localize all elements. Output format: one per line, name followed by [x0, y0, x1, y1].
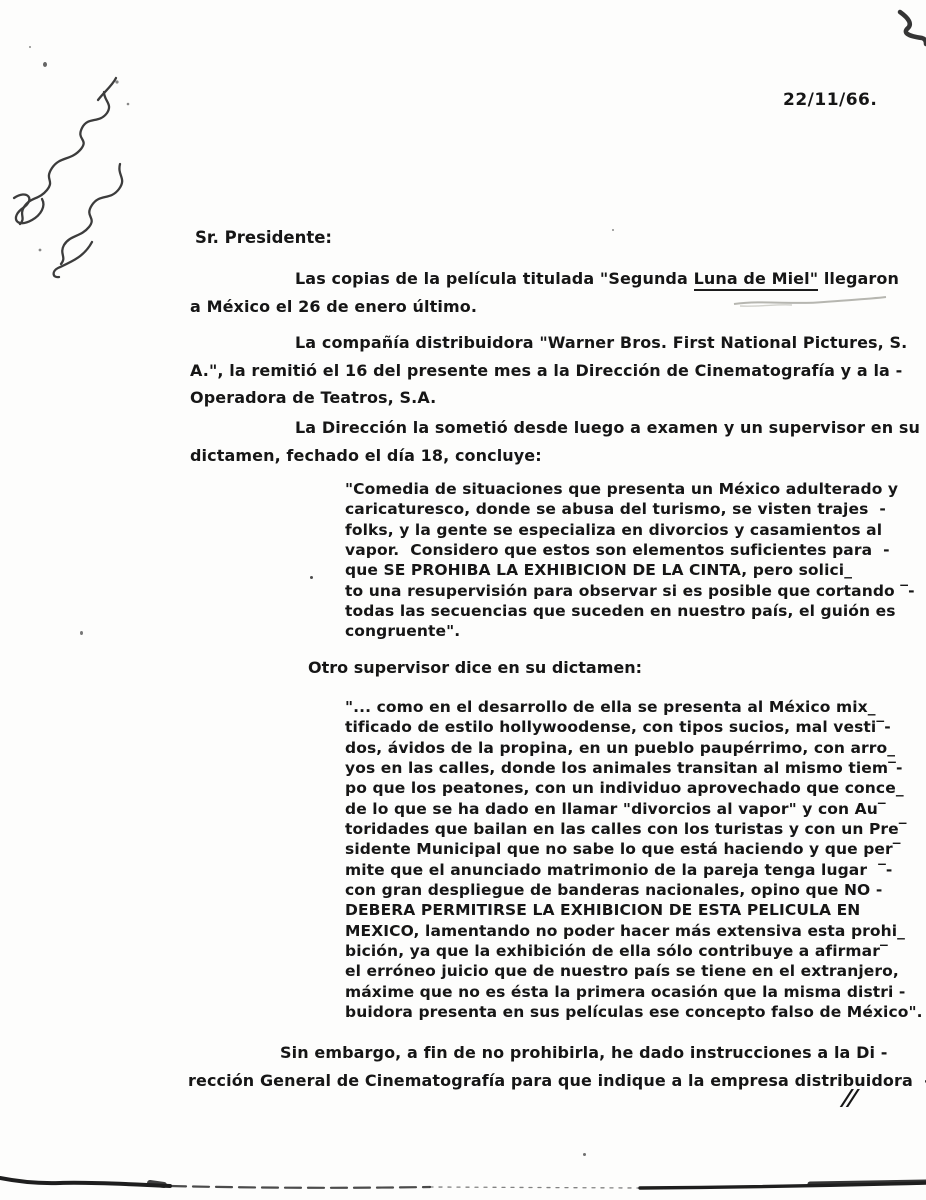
second-supervisor-intro: Otro supervisor dice en su dictamen: — [308, 658, 642, 677]
pencil-underline — [730, 294, 900, 310]
paragraph-distributor: La compañía distribuidora "Warner Bros. … — [190, 329, 900, 412]
quote-line: po que los peatones, con un individuo ap… — [345, 778, 890, 798]
quote-line: el erróneo juicio que de nuestro país se… — [345, 961, 890, 981]
quote-line: DEBERA PERMITIRSE LA EXHIBICION DE ESTA … — [345, 900, 890, 920]
quote-line: "Comedia de situaciones que presenta un … — [345, 479, 890, 499]
quote-line: dos, ávidos de la propina, en un pueblo … — [345, 738, 890, 758]
quote-line: tificado de estilo hollywoodense, con ti… — [345, 717, 890, 737]
paragraph-supervision: La Dirección la sometió desde luego a ex… — [190, 414, 900, 469]
paragraph-line: dictamen, fechado el día 18, concluye: — [190, 442, 900, 470]
quote-line: "... como en el desarrollo de ella se pr… — [345, 697, 890, 717]
p1-post-text: llegaron — [818, 269, 899, 288]
p1-pre-text: Las copias de la película titulada "Segu… — [295, 269, 694, 288]
letter-date: 22/11/66. — [783, 90, 877, 110]
paragraph-film-arrival: Las copias de la película titulada "Segu… — [190, 265, 900, 320]
film-title-underlined: Luna de Miel" — [694, 269, 819, 291]
quote-line: caricaturesco, donde se abusa del turism… — [345, 499, 890, 519]
paragraph-line: A.", la remitió el 16 del presente mes a… — [190, 357, 900, 385]
paragraph-line: Sin embargo, a fin de no prohibirla, he … — [280, 1039, 903, 1067]
quote-line: MEXICO, lamentando no poder hacer más ex… — [345, 921, 890, 941]
salutation: Sr. Presidente: — [195, 228, 332, 247]
supervisor-quote-2: "... como en el desarrollo de ella se pr… — [345, 697, 890, 1023]
paragraph-closing: Sin embargo, a fin de no prohibirla, he … — [188, 1039, 903, 1094]
scan-speck — [583, 1153, 586, 1156]
quote-line: de lo que se ha dado en llamar "divorcio… — [345, 799, 890, 819]
quote-line: folks, y la gente se especializa en divo… — [345, 520, 890, 540]
scan-speck — [612, 229, 614, 231]
scan-speck — [80, 631, 83, 635]
handwritten-scribble — [0, 70, 170, 290]
quote-line: sidente Municipal que no sabe lo que est… — [345, 839, 890, 859]
quote-line: bición, ya que la exhibición de ella sól… — [345, 941, 890, 961]
paragraph-line: rección General de Cinematografía para q… — [188, 1067, 903, 1095]
quote-line: vapor. Considero que estos son elementos… — [345, 540, 890, 560]
scan-speck — [29, 46, 31, 48]
corner-pen-mark — [886, 4, 926, 52]
quote-line: todas las secuencias que suceden en nues… — [345, 601, 890, 621]
quote-line: to una resupervisión para observar si es… — [345, 581, 890, 601]
quote-line: buidora presenta en sus películas ese co… — [345, 1002, 890, 1022]
supervisor-quote-1: "Comedia de situaciones que presenta un … — [345, 479, 890, 642]
scan-speck — [43, 62, 47, 67]
quote-line: máxime que no es ésta la primera ocasión… — [345, 982, 890, 1002]
continuation-mark: // — [841, 1086, 857, 1111]
quote-line: yos en las calles, donde los animales tr… — [345, 758, 890, 778]
paragraph-line: Operadora de Teatros, S.A. — [190, 384, 900, 412]
paragraph-line: La compañía distribuidora "Warner Bros. … — [295, 329, 900, 357]
scanned-letter-page: 22/11/66. Sr. Presidente: Las copias de … — [0, 0, 926, 1200]
margin-dot — [310, 576, 313, 579]
quote-line: que SE PROHIBA LA EXHIBICION DE LA CINTA… — [345, 560, 890, 580]
paragraph-line: Las copias de la película titulada "Segu… — [295, 265, 900, 293]
quote-line: toridades que bailan en las calles con l… — [345, 819, 890, 839]
bottom-scan-line — [0, 1168, 926, 1200]
quote-line: con gran despliegue de banderas nacional… — [345, 880, 890, 900]
paragraph-line: La Dirección la sometió desde luego a ex… — [295, 414, 900, 442]
quote-line: mite que el anunciado matrimonio de la p… — [345, 860, 890, 880]
quote-line: congruente". — [345, 621, 890, 641]
